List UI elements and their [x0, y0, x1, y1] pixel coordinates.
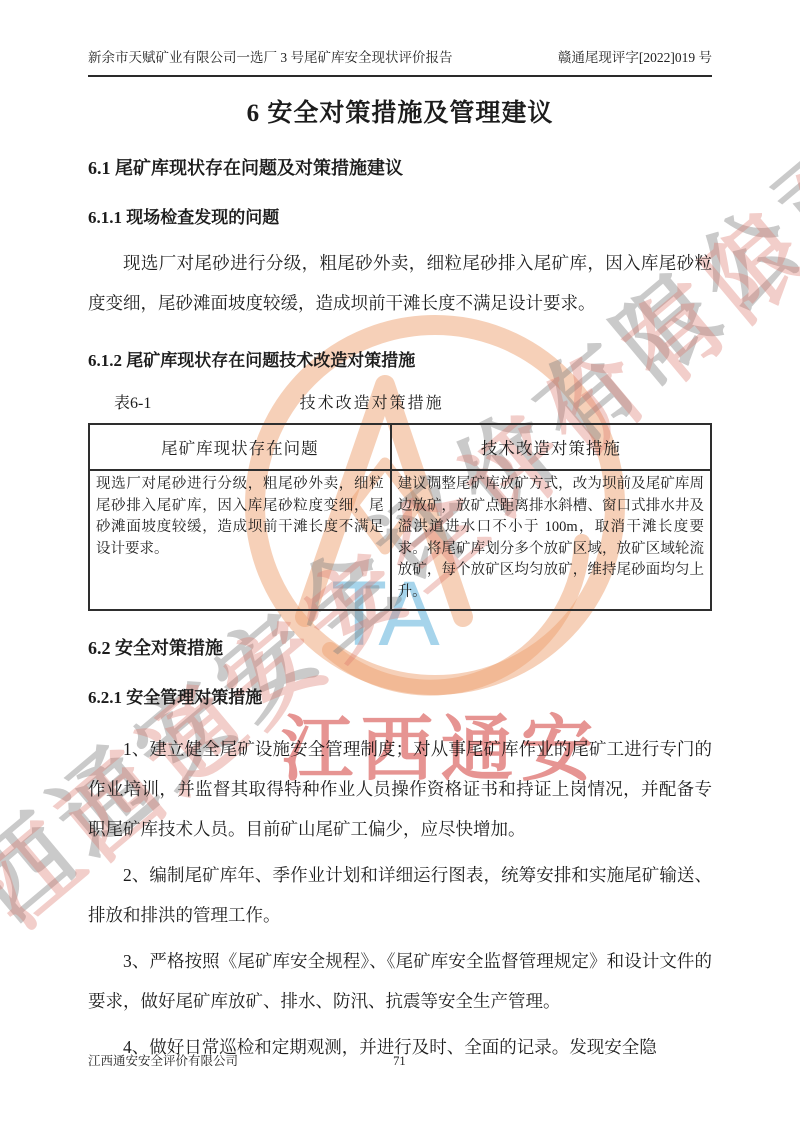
section-6-1-1-paragraph: 现选厂对尾砂进行分级，粗尾砂外卖，细粒尾砂排入尾矿库，因入库尾砂粒度变细，尾砂滩… — [88, 243, 712, 323]
table-cell-measure: 建议调整尾矿库放矿方式，改为坝前及尾矿库周边放矿，放矿点距离排水斜槽、窗口式排水… — [391, 470, 711, 610]
measure-item-1: 1、建立健全尾矿设施安全管理制度；对从事尾矿库作业的尾矿工进行专门的作业培训，并… — [88, 729, 712, 849]
header-report-title: 新余市天赋矿业有限公司一选厂 3 号尾矿库安全现状评价报告 — [88, 48, 453, 68]
section-6-1-1-heading: 6.1.1 现场检查发现的问题 — [88, 207, 712, 229]
table-caption-label: 表6-1 — [114, 393, 151, 414]
section-6-2-heading: 6.2 安全对策措施 — [88, 636, 712, 660]
table-row: 现选厂对尾砂进行分级，粗尾砂外卖，细粒尾砂排入尾矿库，因入库尾砂粒度变细，尾砂滩… — [89, 470, 711, 610]
table-cell-problem: 现选厂对尾砂进行分级，粗尾砂外卖，细粒尾砂排入尾矿库，因入库尾砂粒度变细，尾砂滩… — [89, 470, 391, 610]
page-header: 新余市天赋矿业有限公司一选厂 3 号尾矿库安全现状评价报告 赣通尾现评字[202… — [88, 48, 712, 68]
section-6-1-2-heading: 6.1.2 尾矿库现状存在问题技术改造对策措施 — [88, 350, 712, 372]
table-header-problem: 尾矿库现状存在问题 — [89, 424, 391, 470]
header-document-number: 赣通尾现评字[2022]019 号 — [558, 48, 712, 68]
measure-item-3: 3、严格按照《尾矿库安全规程》、《尾矿库安全监督管理规定》和设计文件的要求，做好… — [88, 941, 712, 1021]
table-header-measure: 技术改造对策措施 — [391, 424, 711, 470]
document-page: TA 江西通安安全评价有限公司 江西通安安全评价有限公司 江西通安 新余市天赋矿… — [0, 0, 800, 1131]
table-caption: 表6-1 技术改造对策措施 — [88, 393, 712, 414]
measures-table: 尾矿库现状存在问题 技术改造对策措施 现选厂对尾砂进行分级，粗尾砂外卖，细粒尾砂… — [88, 423, 712, 611]
header-rule — [88, 75, 712, 77]
chapter-title: 6 安全对策措施及管理建议 — [88, 97, 712, 131]
section-6-2-1-heading: 6.2.1 安全管理对策措施 — [88, 687, 712, 709]
footer-company-name: 江西通安安全评价有限公司 — [88, 1054, 238, 1068]
section-6-1-heading: 6.1 尾矿库现状存在问题及对策措施建议 — [88, 156, 712, 180]
measure-item-2: 2、编制尾矿库年、季作业计划和详细运行图表，统筹安排和实施尾矿输送、排放和排洪的… — [88, 855, 712, 935]
table-caption-title: 技术改造对策措施 — [151, 393, 592, 414]
page-footer: 江西通安安全评价有限公司 71 — [88, 1053, 712, 1069]
footer-page-number: 71 — [393, 1053, 406, 1069]
table-header-row: 尾矿库现状存在问题 技术改造对策措施 — [89, 424, 711, 470]
measure-list: 1、建立健全尾矿设施安全管理制度；对从事尾矿库作业的尾矿工进行专门的作业培训，并… — [88, 729, 712, 1067]
document-content: 新余市天赋矿业有限公司一选厂 3 号尾矿库安全现状评价报告 赣通尾现评字[202… — [0, 0, 800, 1067]
